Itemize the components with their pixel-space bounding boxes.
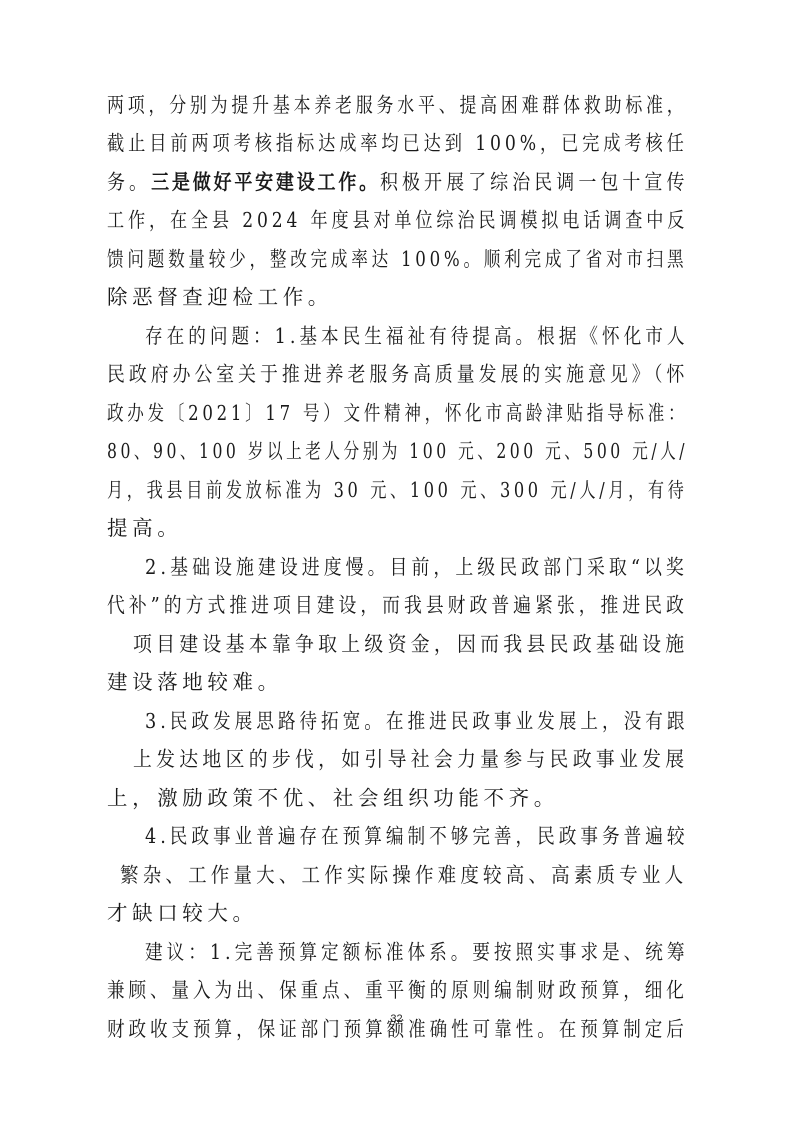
text-line: 提高。 bbox=[107, 514, 182, 542]
text-line: 项目建设基本靠争取上级资金，因而我县民政基础设施 bbox=[133, 630, 688, 658]
text-span: 繁杂、工作量大、工作实际操作难度较高、高素质专业人 bbox=[120, 863, 687, 887]
text-line: 繁杂、工作量大、工作实际操作难度较高、高素质专业人 bbox=[120, 861, 687, 889]
text-span: 4.民政事业普遍存在预算编制不够完善，民政事务普遍较 bbox=[145, 824, 688, 848]
text-line: 80、90、100 岁以上老人分别为 100 元、200 元、500 元/人/ bbox=[107, 437, 688, 465]
text-line: 工作，在全县 2024 年度县对单位综治民调模拟电话调查中反 bbox=[107, 206, 688, 234]
text-span: 上发达地区的步伐，如引导社会力量参与民政事业发展 bbox=[133, 747, 688, 771]
text-span: 务。 bbox=[107, 170, 151, 194]
text-line: 截止目前两项考核指标达成率均已达到 100%，已完成考核任 bbox=[107, 129, 688, 157]
text-span: 建设落地较难。 bbox=[107, 670, 283, 694]
bold-heading: 三是做好平安建设工作。 bbox=[151, 170, 380, 194]
text-span: 才缺口较大。 bbox=[107, 901, 258, 925]
text-line: 务。三是做好平安建设工作。积极开展了综治民调一包十宣传 bbox=[107, 168, 689, 196]
text-line: 建设落地较难。 bbox=[107, 668, 283, 696]
text-line: 2.基础设施建设进度慢。目前，上级民政部门采取“以奖 bbox=[145, 553, 688, 581]
text-line: 除恶督查迎检工作。 bbox=[107, 283, 333, 311]
text-span: 馈问题数量较少，整改完成率达 100%。顺利完成了省对市扫黑 bbox=[107, 247, 687, 271]
text-span: 3.民政发展思路待拓宽。在推进民政事业发展上，没有跟 bbox=[145, 709, 688, 733]
text-span: 代补”的方式推进项目建设，而我县财政普遍紧张，推进民政 bbox=[107, 593, 688, 617]
text-span: 除恶督查迎检工作。 bbox=[107, 285, 333, 309]
text-line: 民政府办公室关于推进养老服务高质量发展的实施意见》（怀 bbox=[107, 360, 688, 388]
text-line: 馈问题数量较少，整改完成率达 100%。顺利完成了省对市扫黑 bbox=[107, 245, 687, 273]
text-line: 建议：1.完善预算定额标准体系。要按照实事求是、统筹 bbox=[145, 938, 688, 966]
text-span: 月，我县目前发放标准为 30 元、100 元、300 元/人/月，有待 bbox=[107, 478, 687, 502]
text-line: 上，激励政策不优、社会组织功能不齐。 bbox=[107, 784, 559, 812]
text-line: 存在的问题：1.基本民生福祉有待提高。根据《怀化市人 bbox=[145, 322, 688, 350]
text-line: 代补”的方式推进项目建设，而我县财政普遍紧张，推进民政 bbox=[107, 591, 688, 619]
text-span: 积极开展了综治民调一包十宣传 bbox=[380, 170, 689, 194]
text-line: 月，我县目前发放标准为 30 元、100 元、300 元/人/月，有待 bbox=[107, 476, 687, 504]
text-span: 上，激励政策不优、社会组织功能不齐。 bbox=[107, 786, 559, 810]
text-span: 项目建设基本靠争取上级资金，因而我县民政基础设施 bbox=[133, 632, 688, 656]
text-span: 提高。 bbox=[107, 516, 182, 540]
text-line: 兼顾、量入为出、保重点、重平衡的原则编制财政预算，细化 bbox=[107, 976, 688, 1004]
text-span: 两项，分别为提升基本养老服务水平、提高困难群体救助标准， bbox=[107, 93, 688, 117]
page-number: 32 bbox=[0, 1013, 793, 1025]
text-line: 上发达地区的步伐，如引导社会力量参与民政事业发展 bbox=[133, 745, 688, 773]
text-span: 建议：1.完善预算定额标准体系。要按照实事求是、统筹 bbox=[145, 940, 688, 964]
text-line: 政办发〔2021〕17 号）文件精神，怀化市高龄津贴指导标准： bbox=[107, 399, 688, 427]
text-span: 截止目前两项考核指标达成率均已达到 100%，已完成考核任 bbox=[107, 131, 688, 155]
text-span: 工作，在全县 2024 年度县对单位综治民调模拟电话调查中反 bbox=[107, 208, 688, 232]
text-span: 政办发〔2021〕17 号）文件精神，怀化市高龄津贴指导标准： bbox=[107, 401, 688, 425]
text-span: 80、90、100 岁以上老人分别为 100 元、200 元、500 元/人/ bbox=[107, 439, 688, 463]
text-span: 存在的问题：1.基本民生福祉有待提高。根据《怀化市人 bbox=[145, 324, 688, 348]
text-line: 3.民政发展思路待拓宽。在推进民政事业发展上，没有跟 bbox=[145, 707, 688, 735]
text-line: 4.民政事业普遍存在预算编制不够完善，民政事务普遍较 bbox=[145, 822, 688, 850]
text-line: 两项，分别为提升基本养老服务水平、提高困难群体救助标准， bbox=[107, 91, 688, 119]
text-line: 才缺口较大。 bbox=[107, 899, 258, 927]
text-span: 民政府办公室关于推进养老服务高质量发展的实施意见》（怀 bbox=[107, 362, 688, 386]
text-span: 兼顾、量入为出、保重点、重平衡的原则编制财政预算，细化 bbox=[107, 978, 688, 1002]
text-span: 2.基础设施建设进度慢。目前，上级民政部门采取“以奖 bbox=[145, 555, 688, 579]
